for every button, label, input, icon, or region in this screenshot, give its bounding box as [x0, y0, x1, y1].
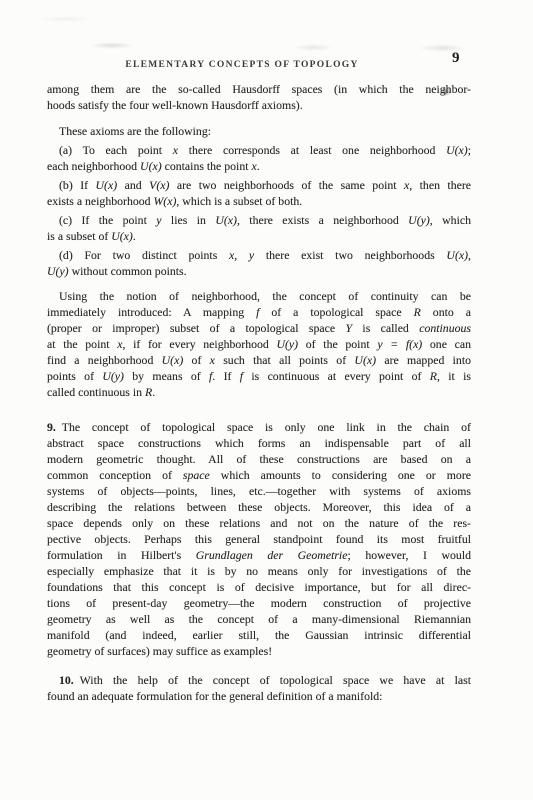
paragraph-hausdorff: among them are the so-called Hausdorff s…: [47, 81, 471, 113]
text-line: geometry of surfaces) may suffice as exa…: [47, 643, 471, 659]
text-line: foundations that this concept is of deci…: [47, 579, 471, 595]
section-9: 9. The concept of topological space is o…: [47, 419, 471, 659]
text-line: U(y) without common points.: [47, 263, 471, 279]
text-line: immediately introduced: A mapping f of a…: [47, 304, 471, 320]
text-line: 10. With the help of the concept of topo…: [47, 672, 471, 688]
text-line: each neighborhood U(x) contains the poin…: [47, 158, 471, 174]
axiom-item-b: (b) If U(x) and V(x) are two neighborhoo…: [47, 177, 471, 209]
axiom-item-a: (a) To each point x there corresponds at…: [47, 142, 471, 174]
text-line: modern geometric thought. All of these c…: [47, 451, 471, 467]
page-number: 9: [452, 50, 460, 67]
text-line: geometry as well as the concept of a man…: [47, 611, 471, 627]
text-line: space depends only on these relations an…: [47, 515, 471, 531]
running-header: ELEMENTARY CONCEPTS OF TOPOLOGY 9: [47, 54, 471, 72]
running-header-title: ELEMENTARY CONCEPTS OF TOPOLOGY: [125, 60, 392, 70]
text-line: among them are the so-called Hausdorff s…: [47, 81, 471, 97]
text-line: common conception of space which amounts…: [47, 467, 471, 483]
text-line: find a neighborhood U(x) of x such that …: [47, 352, 471, 368]
scan-smudge: [36, 16, 96, 22]
text-line: tions of present-day geometry—the modern…: [47, 595, 471, 611]
text-line: systems of objects—points, lines, etc.—t…: [47, 483, 471, 499]
axiom-item-c: (c) If the point y lies in U(x), there e…: [47, 212, 471, 244]
text-line: called continuous in R.: [47, 384, 471, 400]
scan-smudge: [293, 44, 333, 51]
text-line: formulation in Hilbert's Grundlagen der …: [47, 547, 471, 563]
book-page: ELEMENTARY CONCEPTS OF TOPOLOGY 9 among …: [0, 0, 533, 800]
text-line: exists a neighborhood W(x), which is a s…: [47, 193, 471, 209]
text-line: (proper or improper) subset of a topolog…: [47, 320, 471, 336]
section-10: 10. With the help of the concept of topo…: [47, 672, 471, 704]
text-line: pective objects. Perhaps this general st…: [47, 531, 471, 547]
text-line: describing the relations between these o…: [47, 499, 471, 515]
text-line: (c) If the point y lies in U(x), there e…: [47, 212, 471, 228]
axiom-item-d: (d) For two distinct points x, y there e…: [47, 247, 471, 279]
text-line: hoods satisfy the four well-known Hausdo…: [47, 97, 471, 113]
text-line: especially emphasize that it is by no me…: [47, 563, 471, 579]
text-line: points of U(y) by means of f. If f is co…: [47, 368, 471, 384]
text-line: (d) For two distinct points x, y there e…: [47, 247, 471, 263]
paragraph-continuity: Using the notion of neighborhood, the co…: [47, 288, 471, 400]
text-line: Using the notion of neighborhood, the co…: [47, 288, 471, 304]
page-body: among them are the so-called Hausdorff s…: [47, 81, 471, 704]
axioms-intro: These axioms are the following:: [47, 123, 471, 139]
text-line: 9. The concept of topological space is o…: [47, 419, 471, 435]
text-line: is a subset of U(x).: [47, 228, 471, 244]
text-line: (a) To each point x there corresponds at…: [47, 142, 471, 158]
text-line: (b) If U(x) and V(x) are two neighborhoo…: [47, 177, 471, 193]
text-line: manifold (and indeed, earlier still, the…: [47, 627, 471, 643]
scan-smudge: [90, 42, 134, 49]
text-line: abstract space constructions which forms…: [47, 435, 471, 451]
text-line: found an adequate formulation for the ge…: [47, 688, 471, 704]
text-line: These axioms are the following:: [47, 123, 471, 139]
text-line: at the point x, if for every neighborhoo…: [47, 336, 471, 352]
